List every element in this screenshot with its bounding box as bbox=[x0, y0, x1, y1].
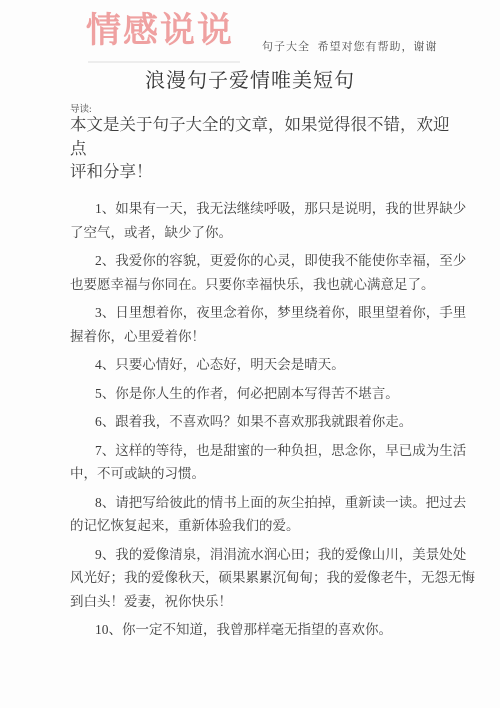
header-tagline: 句子大全 希望对您有帮助，谢谢 bbox=[262, 38, 438, 54]
quote-item: 6、跟着我，不喜欢吗？如果不喜欢那我就跟着你走。 bbox=[70, 410, 475, 434]
quote-item: 9、我的爱像清泉，涓涓流水润心田；我的爱像山川，美景处处 风光好；我的爱像秋天，… bbox=[70, 543, 475, 614]
document-page: 情感说说 句子大全 希望对您有帮助，谢谢 浪漫句子爱情唯美短句 导读: 本文是关… bbox=[0, 0, 500, 708]
quote-item: 4、只要心情好，心态好，明天会是晴天。 bbox=[70, 353, 475, 377]
intro-paragraph: 评和分享！ bbox=[70, 160, 470, 184]
quote-item: 7、这样的等待，也是甜蜜的一种负担，思念你，早已成为生活 中，不可或缺的习惯。 bbox=[70, 439, 475, 486]
quote-item: 8、请把写给彼此的情书上面的灰尘拍掉，重新读一读。把过去 的记忆恢复起来，重新体… bbox=[70, 491, 475, 538]
quote-item: 1、如果有一天，我无法继续呼吸，那只是说明，我的世界缺少 了空气，或者，缺少了你… bbox=[70, 197, 475, 244]
article-title: 浪漫句子爱情唯美短句 bbox=[0, 64, 500, 93]
quote-item: 10、你一定不知道，我曾那样毫无指望的喜欢你。 bbox=[70, 618, 475, 642]
quote-item: 2、我爱你的容貌，更爱你的心灵，即使我不能使你幸福，至少 也要愿幸福与你同在。只… bbox=[70, 249, 475, 296]
quote-list: 1、如果有一天，我无法继续呼吸，那只是说明，我的世界缺少 了空气，或者，缺少了你… bbox=[70, 197, 475, 647]
quote-item: 5、你是你人生的作者，何必把剧本写得苦不堪言。 bbox=[70, 382, 475, 406]
intro-section: 本文是关于句子大全的文章，如果觉得很不错，欢迎 点评和分享！ bbox=[70, 113, 470, 184]
logo-underline-divider bbox=[88, 61, 240, 63]
intro-paragraph: 本文是关于句子大全的文章，如果觉得很不错，欢迎 点 bbox=[70, 113, 470, 160]
site-logo: 情感说说 bbox=[86, 11, 234, 51]
quote-item: 3、日里想着你，夜里念着你，梦里绕着你，眼里望着你，手里 握着你，心里爱着你！ bbox=[70, 301, 475, 348]
